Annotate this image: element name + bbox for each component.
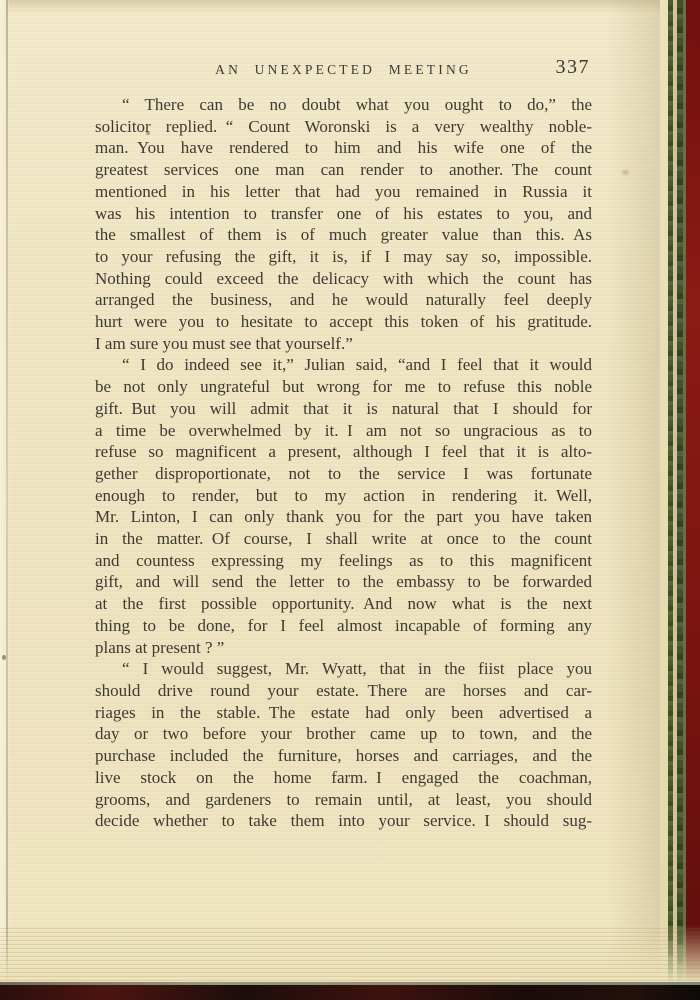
text-line: “ I do indeed see it,” Julian said, “and…: [95, 354, 592, 376]
text-line: gift, and will send the letter to the em…: [95, 571, 592, 593]
text-line: and countess expressing my feelings as t…: [95, 550, 592, 572]
text-line: the smallest of them is of much greater …: [95, 224, 592, 246]
text-line: day or two before your brother came up t…: [95, 723, 592, 745]
text-line: Nothing could exceed the delicacy with w…: [95, 268, 592, 290]
text-line: Mr. Linton, I can only thank you for the…: [95, 506, 592, 528]
page-block-edge: [660, 0, 668, 1000]
text-line: in the matter. Of course, I shall write …: [95, 528, 592, 550]
text-line: live stock on the home farm. I engaged t…: [95, 767, 592, 789]
text-line: to your refusing the gift, it is, if I m…: [95, 246, 592, 268]
text-line: “ There can be no doubt what you ought t…: [95, 94, 592, 116]
page-left-edge-line: [6, 0, 8, 1000]
text-line: thing to be done, for I feel almost inca…: [95, 615, 592, 637]
text-line: gether disproportionate, not to the serv…: [95, 463, 592, 485]
text-line: a time be overwhelmed by it. I am not so…: [95, 420, 592, 442]
text-line: greatest services one man can render to …: [95, 159, 592, 181]
text-line: decide whether to take them into your se…: [95, 810, 592, 832]
text-line: riages in the stable. The estate had onl…: [95, 702, 592, 724]
page-left-edge: [0, 0, 10, 1000]
page-top-crease: [0, 0, 700, 14]
book-cover-bottom: [0, 985, 700, 1000]
page-number: 337: [556, 56, 591, 79]
page-body: “ There can be no doubt what you ought t…: [95, 94, 592, 832]
paragraph: “ I would suggest, Mr. Wyatt, that in th…: [95, 658, 592, 832]
book-edge-right: [660, 0, 700, 1000]
page-header: AN UNEXPECTED MEETING 337: [95, 58, 592, 82]
text-line: should drive round your estate. There ar…: [95, 680, 592, 702]
text-line: “ I would suggest, Mr. Wyatt, that in th…: [95, 658, 592, 680]
text-line: man. You have rendered to him and his wi…: [95, 137, 592, 159]
text-line: was his intention to transfer one of his…: [95, 203, 592, 225]
scan-blemish: [2, 655, 6, 660]
text-line: arranged the business, and he would natu…: [95, 289, 592, 311]
text-line: solicitor replied. “ Count Woronski is a…: [95, 116, 592, 138]
stacked-page-edges-bottom: [0, 925, 700, 983]
paragraph: “ I do indeed see it,” Julian said, “and…: [95, 354, 592, 658]
text-line: grooms, and gardeners to remain until, a…: [95, 789, 592, 811]
text-line: at the first possible opportunity. And n…: [95, 593, 592, 615]
scan-blemish: [622, 170, 629, 175]
running-title: AN UNEXPECTED MEETING: [95, 62, 592, 78]
text-line: hurt were you to hesitate to accept this…: [95, 311, 592, 333]
text-line: refuse so magnificent a present, althoug…: [95, 441, 592, 463]
book-page-scan: AN UNEXPECTED MEETING 337 “ There can be…: [0, 0, 700, 1000]
page-curvature-shadow: [607, 0, 662, 1000]
text-line: plans at present ? ”: [95, 637, 592, 659]
text-line: gift. But you will admit that it is natu…: [95, 398, 592, 420]
book-cover-red: [686, 0, 700, 1000]
text-line: purchase included the furniture, horses …: [95, 745, 592, 767]
text-line: mentioned in his letter that had you rem…: [95, 181, 592, 203]
text-line: be not only ungrateful but wrong for me …: [95, 376, 592, 398]
text-line: enough to render, but to my action in re…: [95, 485, 592, 507]
text-line: I am sure you must see that yourself.”: [95, 333, 592, 355]
paragraph: “ There can be no doubt what you ought t…: [95, 94, 592, 354]
